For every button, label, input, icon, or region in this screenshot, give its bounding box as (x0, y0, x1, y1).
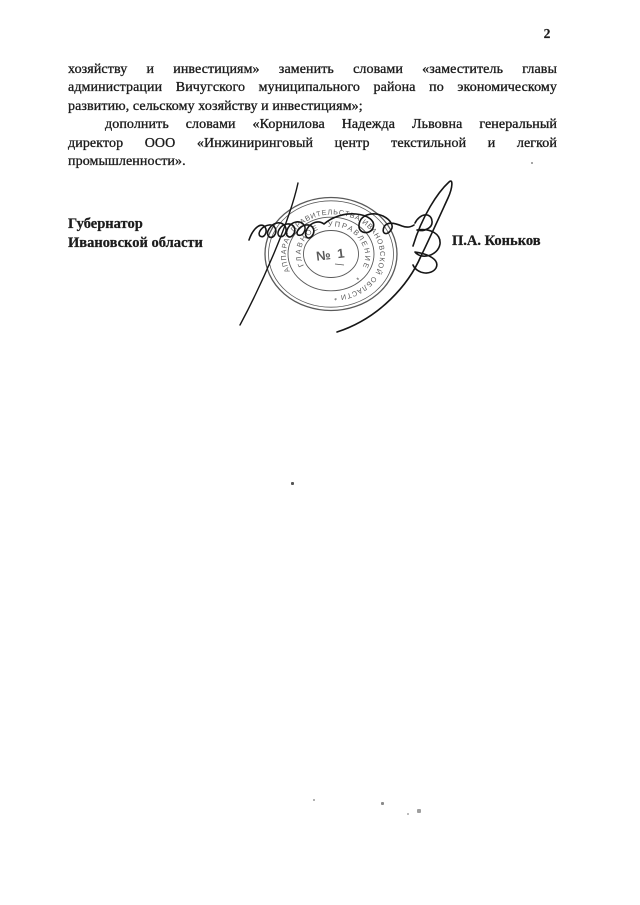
scan-speck (531, 162, 533, 164)
body-line: директор ООО «Инжиниринговый центр текст… (68, 135, 557, 153)
stamp-center-underline (335, 264, 344, 265)
scan-speck (407, 813, 409, 815)
signature-and-stamp: АППАРАТ ПРАВИТЕЛЬСТВА ИВАНОВСКОЙ ОБЛАСТИ… (225, 160, 475, 340)
document-body: хозяйству и инвестициям» заменить словам… (68, 61, 557, 171)
signer-title-line1: Губернатор (68, 215, 203, 234)
scan-speck (381, 802, 384, 805)
scan-speck (291, 482, 294, 485)
signer-title-line2: Ивановской области (68, 234, 203, 253)
signature-stroke (337, 181, 452, 332)
page-number: 2 (537, 26, 557, 42)
signature-stroke (240, 183, 298, 325)
scan-speck (313, 799, 315, 801)
signer-title: Губернатор Ивановской области (68, 215, 203, 253)
body-line: администрации Вичугского муниципального … (68, 79, 557, 97)
scan-speck (417, 809, 421, 813)
stamp-center-number: № 1 (315, 245, 346, 264)
body-line: хозяйству и инвестициям» заменить словам… (68, 61, 557, 79)
body-line: дополнить словами «Корнилова Надежда Льв… (68, 116, 557, 134)
scanned-document-page: 2 хозяйству и инвестициям» заменить слов… (0, 0, 640, 905)
body-line: развитию, сельскому хозяйству и инвестиц… (68, 98, 557, 116)
